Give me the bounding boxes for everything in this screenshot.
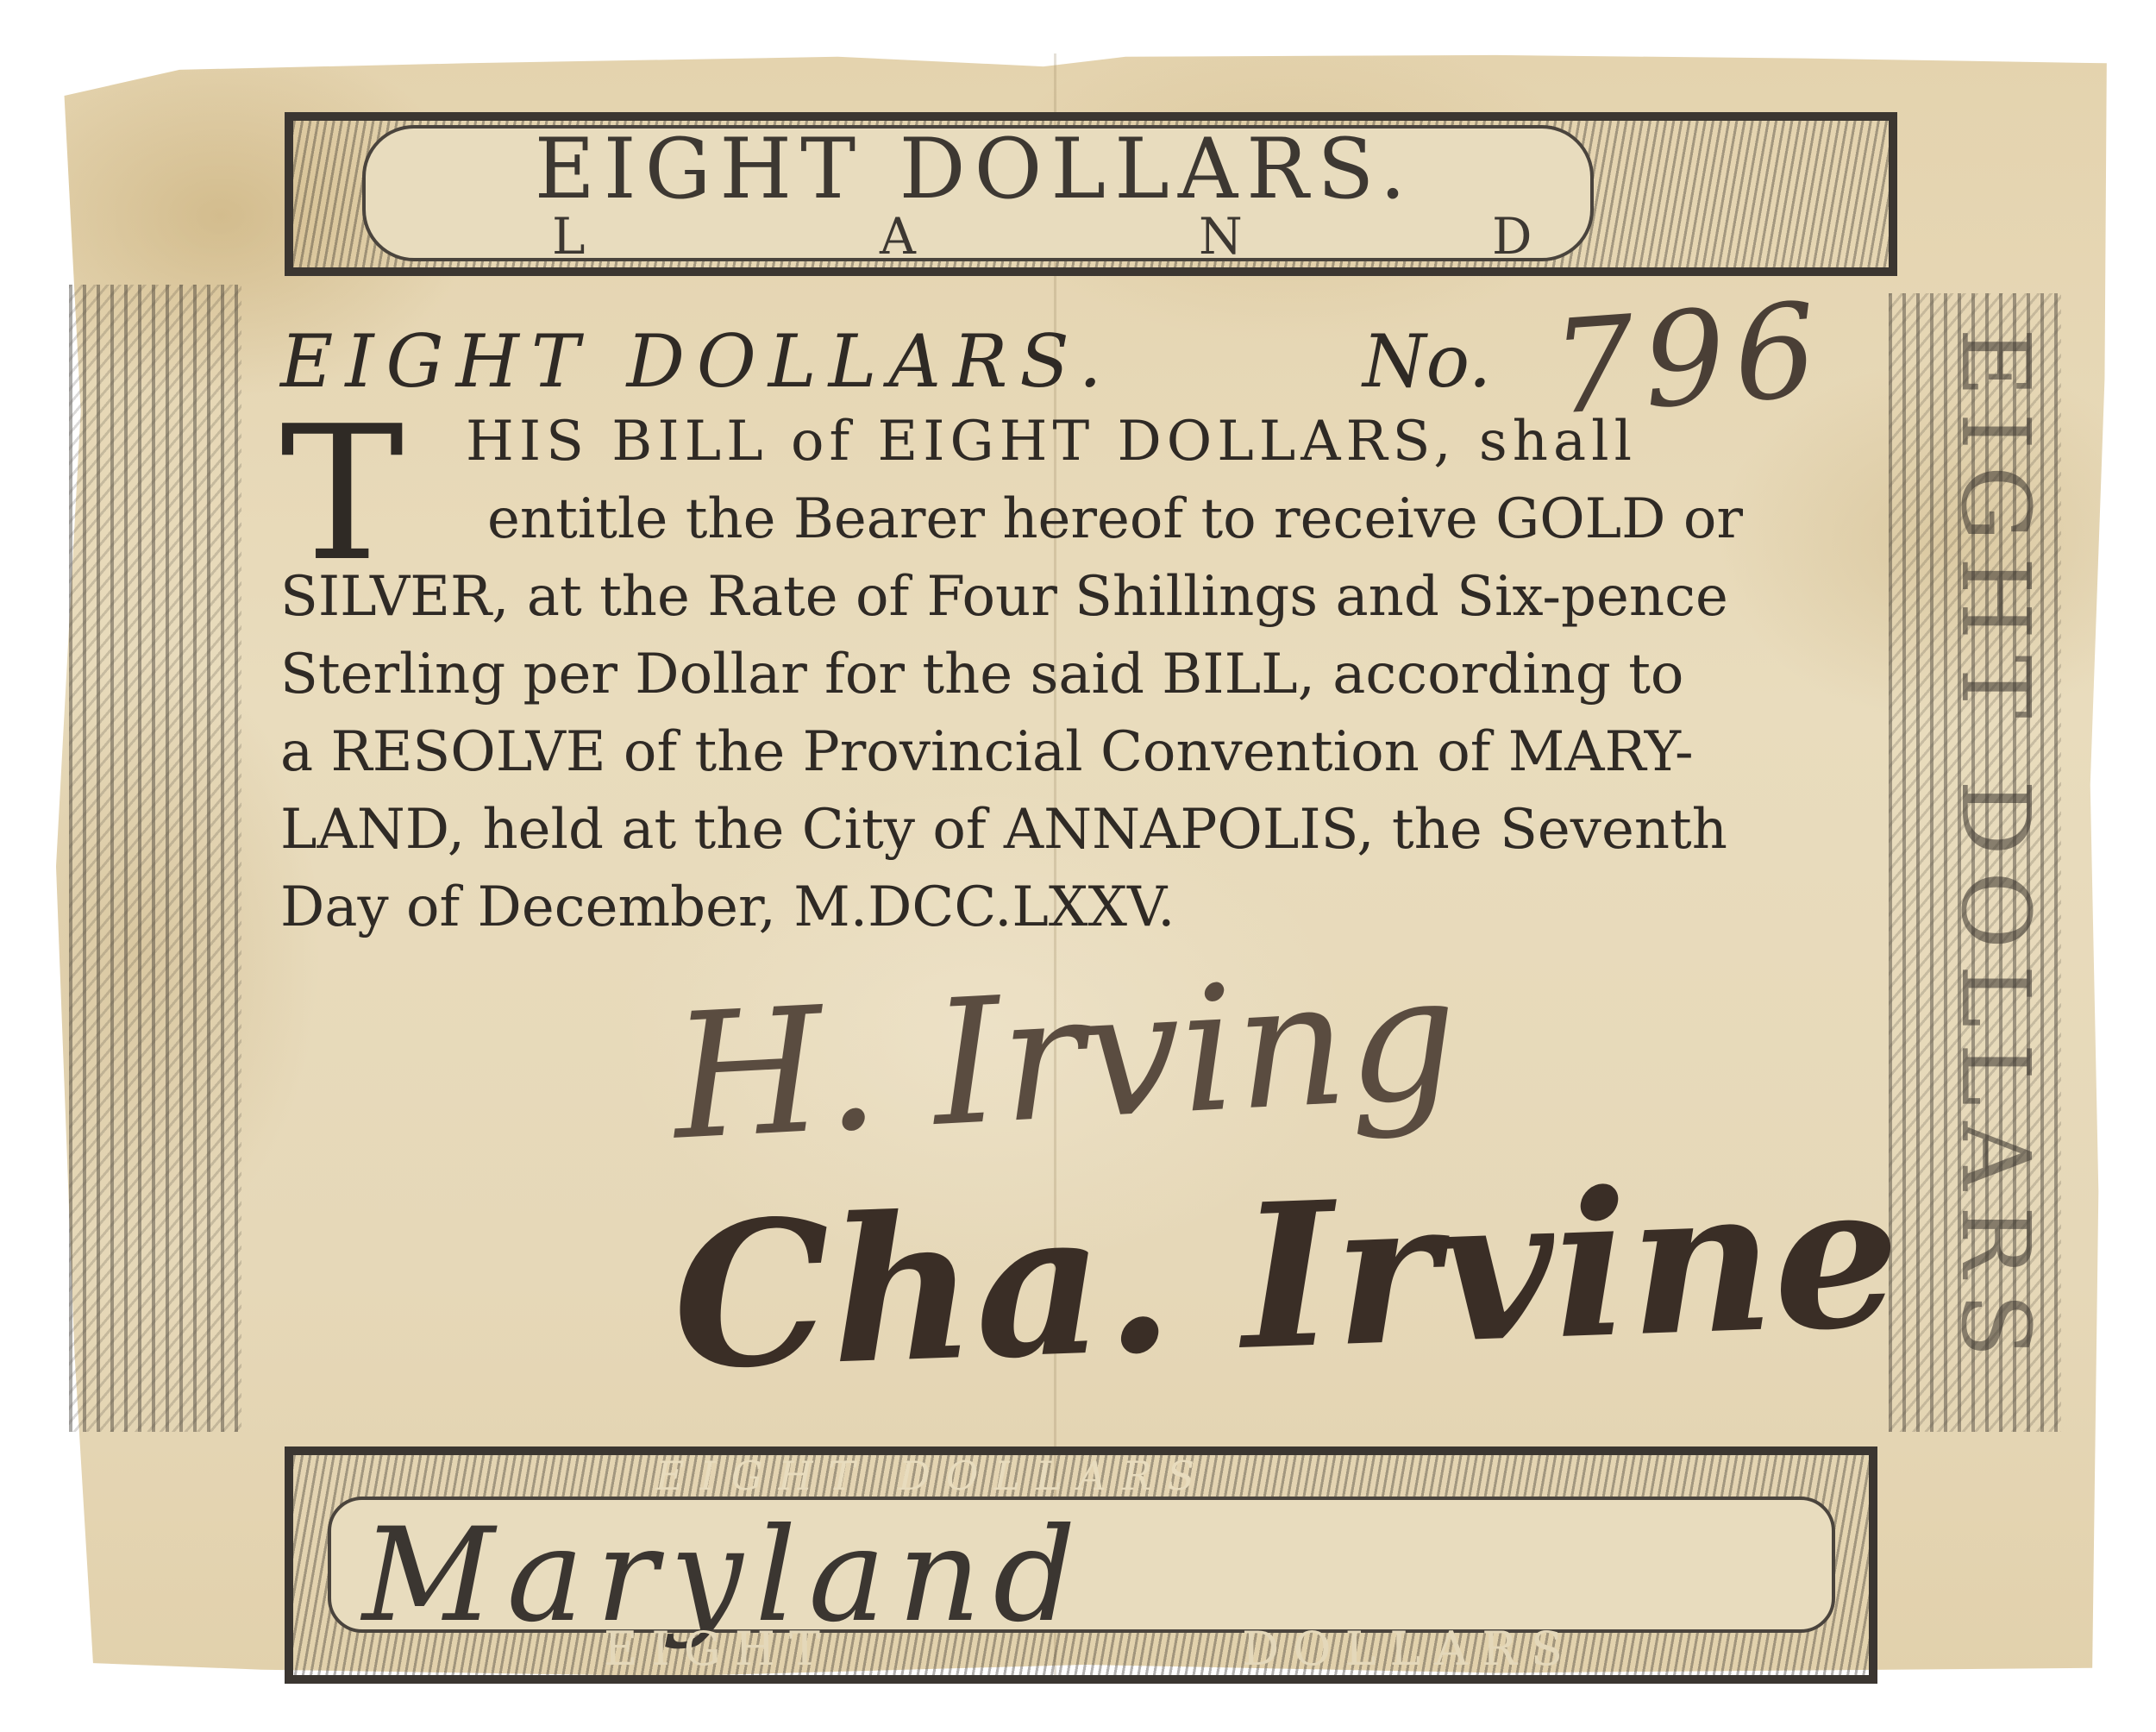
left-ornament-column	[69, 285, 241, 1432]
body-line-4: Sterling per Dollar for the said BILL, a…	[280, 643, 1683, 706]
top-letter-a: A	[880, 207, 916, 266]
body-line-6: LAND, held at the City of ANNAPOLIS, the…	[280, 798, 1727, 862]
top-title: EIGHT DOLLARS.	[336, 121, 1613, 217]
signature-1: H. Irving	[668, 937, 1463, 1178]
body-line-3: SILVER, at the Rate of Four Shillings an…	[280, 565, 1728, 629]
body-line-7: Day of December, M.DCC.LXXV.	[280, 875, 1175, 939]
serial-label: No.	[1363, 319, 1491, 404]
top-letter-l: L	[552, 207, 586, 266]
body-line-2: entitle the Bearer hereof to receive GOL…	[487, 487, 1743, 551]
fold-crease	[1054, 53, 1056, 1675]
drop-cap: T	[280, 401, 404, 587]
top-letter-d: D	[1492, 207, 1532, 266]
side-label: EIGHT DOLLARS	[1940, 328, 2051, 1373]
top-letter-n: N	[1199, 207, 1243, 266]
body-line-5: a RESOLVE of the Provincial Convention o…	[280, 720, 1694, 784]
signature-2: Cha. Irvine	[669, 1139, 1903, 1414]
bottom-top-text: EIGHT DOLLARS	[655, 1453, 1210, 1499]
bottom-foot-text-1: EIGHT	[604, 1622, 834, 1676]
heading-denomination: EIGHT DOLLARS.	[280, 319, 1114, 404]
bottom-foot-text-2: DOLLARS	[1242, 1622, 1576, 1676]
body-line-1: HIS BILL of EIGHT DOLLARS, shall	[466, 410, 1637, 474]
